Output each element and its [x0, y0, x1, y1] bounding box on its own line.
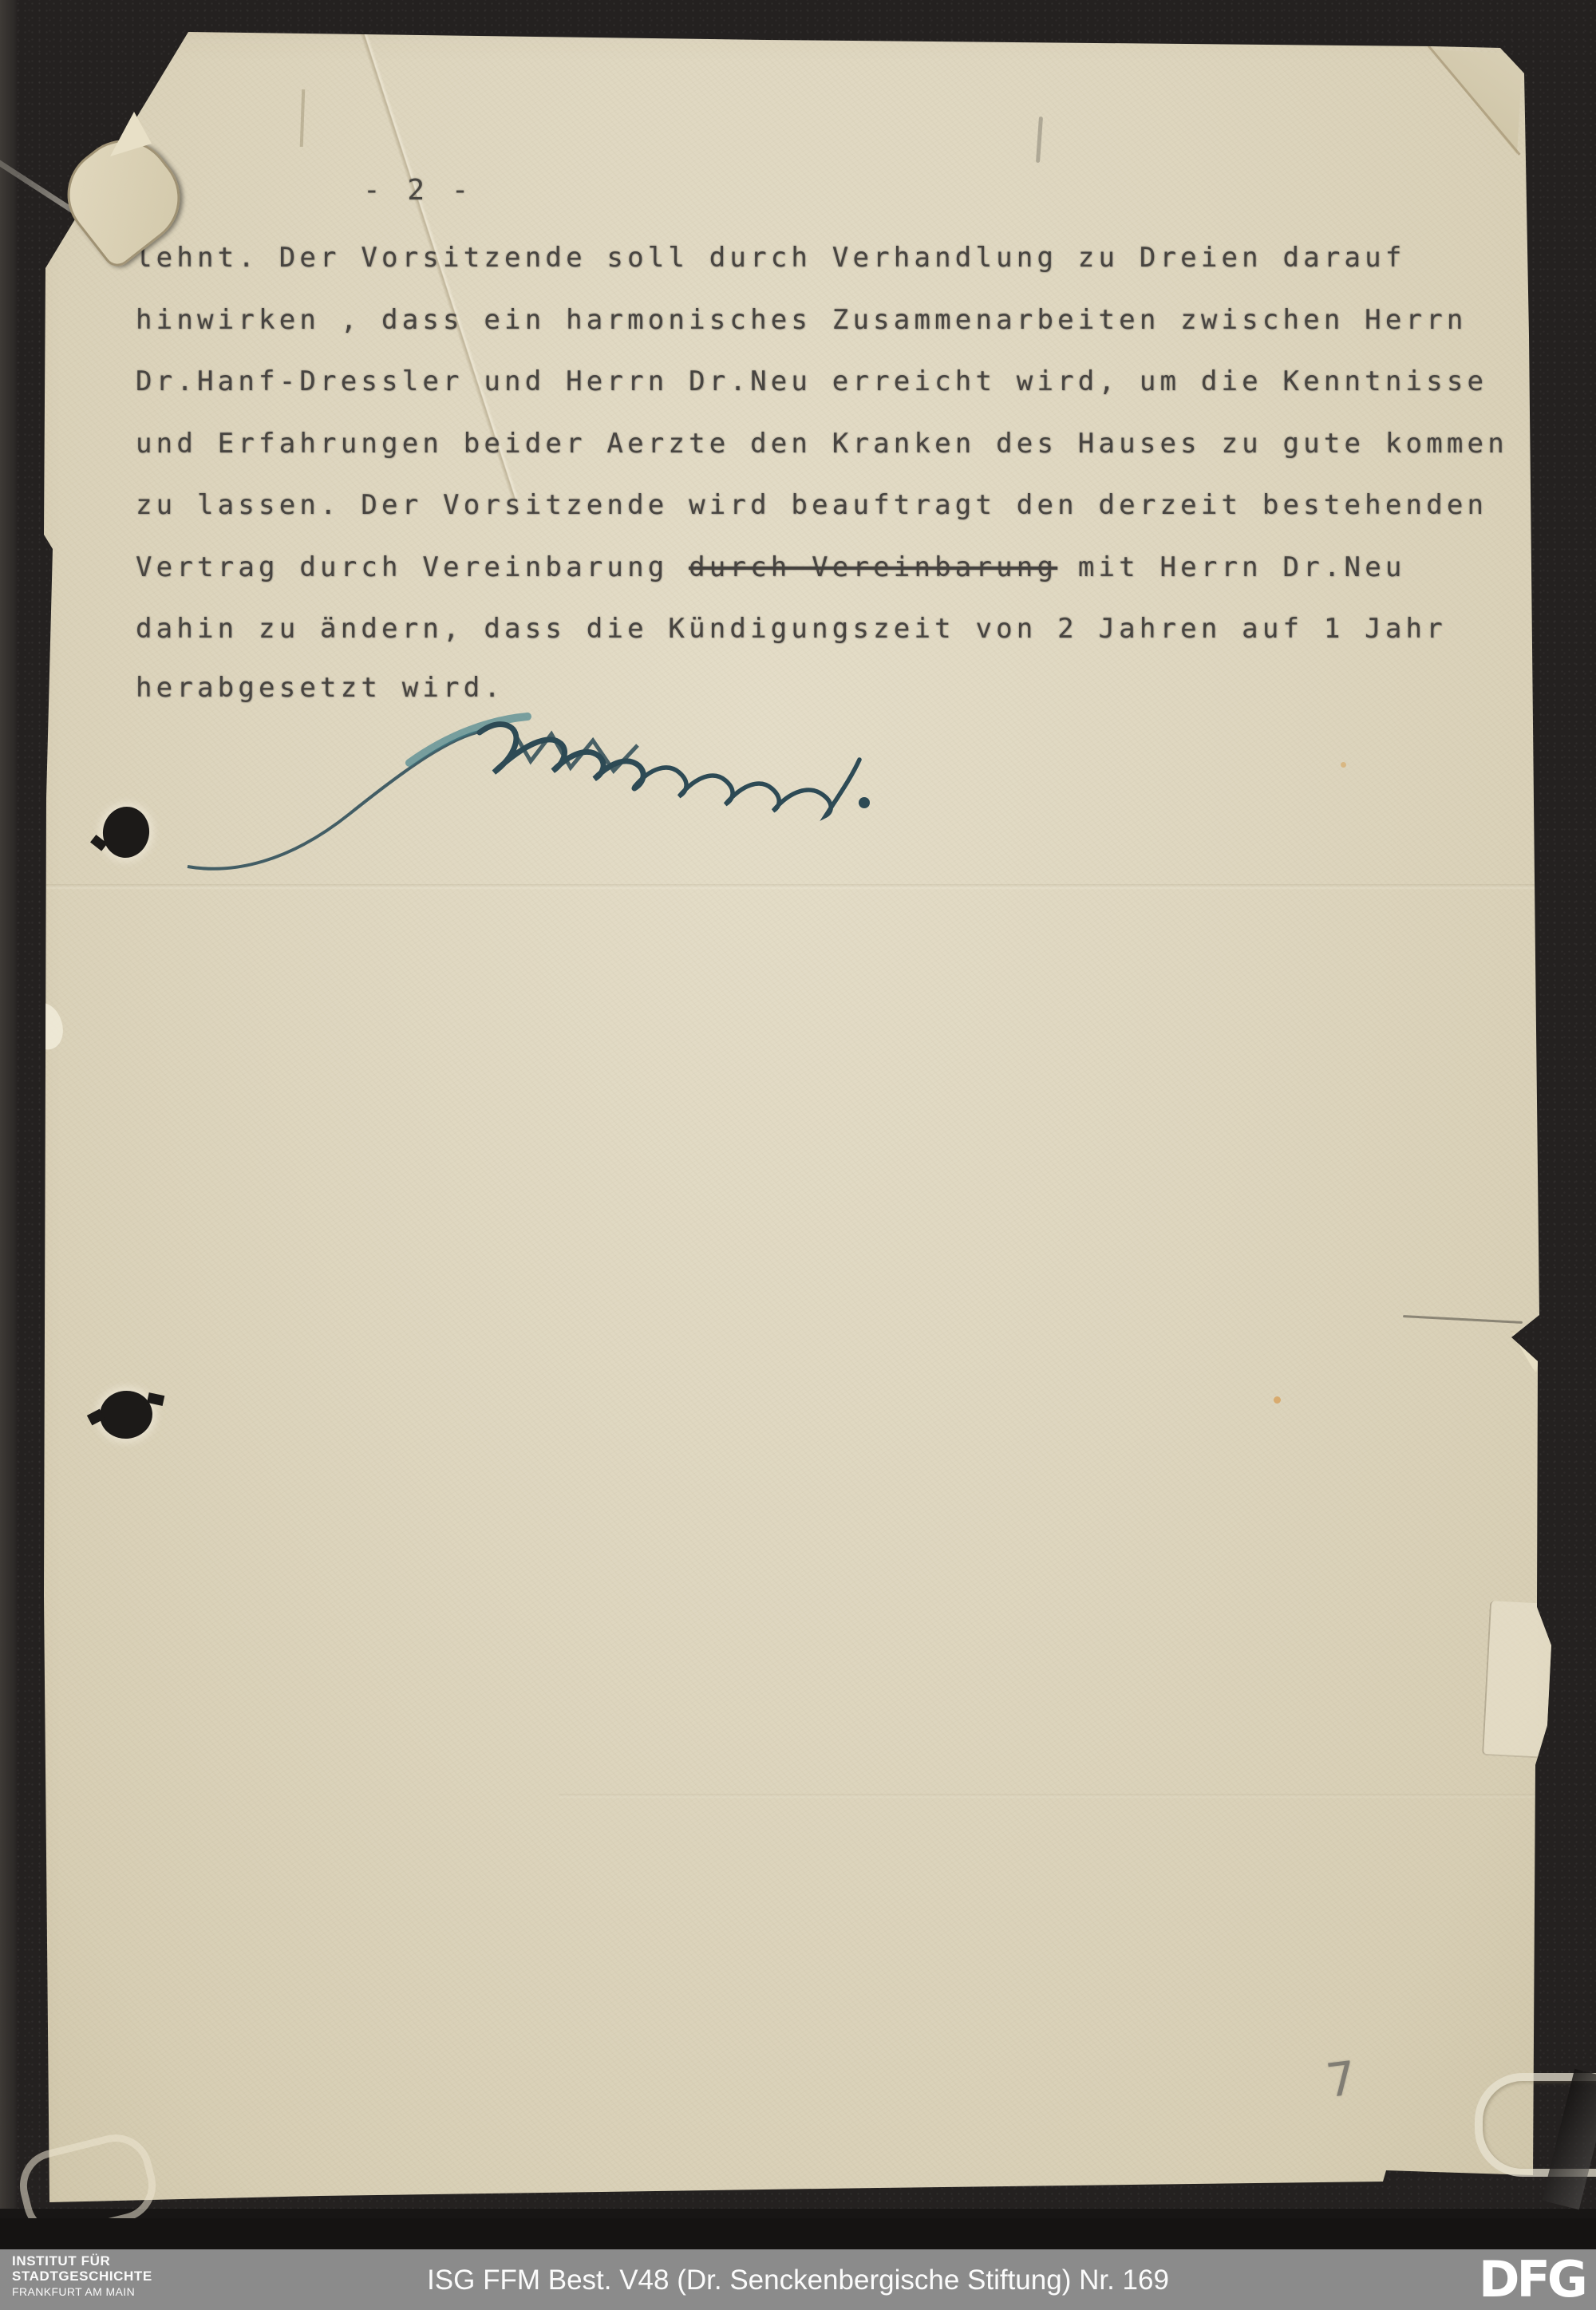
- typed-line: dahin zu ändern, dass die Kündigungszeit…: [136, 611, 1447, 646]
- typed-segment: mit Herrn Dr.Neu: [1057, 551, 1405, 583]
- strikethrough-text: durch Vereinbarung: [689, 551, 1057, 583]
- typed-segment: Vertrag durch Vereinbarung: [136, 551, 689, 583]
- scan-background: - 2 - lehnt. Der Vorsitzende soll durch …: [0, 0, 1596, 2310]
- signature: [170, 685, 872, 884]
- typed-line: Dr.Hanf-Dressler und Herrn Dr.Neu erreic…: [136, 364, 1487, 399]
- typed-line: zu lassen. Der Vorsitzende wird beauftra…: [136, 488, 1487, 523]
- tape-repair-flap: [1482, 1601, 1554, 1759]
- dfg-logo: DFG: [1479, 2252, 1594, 2308]
- horizontal-fold-crease-lower: [559, 1794, 1539, 1799]
- stain-speck: [1341, 762, 1346, 768]
- typed-line: hinwirken , dass ein harmonisches Zusamm…: [136, 302, 1468, 338]
- paper-edge-shading: [0, 0, 1596, 2310]
- footer-divider: [0, 2218, 1596, 2249]
- dfg-logo-text: DFG: [1479, 2252, 1585, 2308]
- document-page: - 2 - lehnt. Der Vorsitzende soll durch …: [0, 0, 1596, 2310]
- signature-period-dot: [859, 797, 870, 808]
- typed-line: lehnt. Der Vorsitzende soll durch Verhan…: [136, 240, 1406, 275]
- page-number: - 2 -: [363, 174, 473, 207]
- horizontal-fold-crease: [46, 884, 1539, 890]
- footer-bar: INSTITUT FÜR STADTGESCHICHTE FRANKFURT A…: [0, 2249, 1596, 2310]
- typed-line: und Erfahrungen beider Aerzte den Kranke…: [136, 426, 1508, 461]
- typed-line-with-strikethrough: Vertrag durch Vereinbarung durch Vereinb…: [136, 550, 1406, 585]
- archive-reference: ISG FFM Best. V48 (Dr. Senckenbergische …: [0, 2265, 1596, 2296]
- stain-speck: [1274, 1396, 1281, 1404]
- scanner-edge-light: [0, 0, 18, 2218]
